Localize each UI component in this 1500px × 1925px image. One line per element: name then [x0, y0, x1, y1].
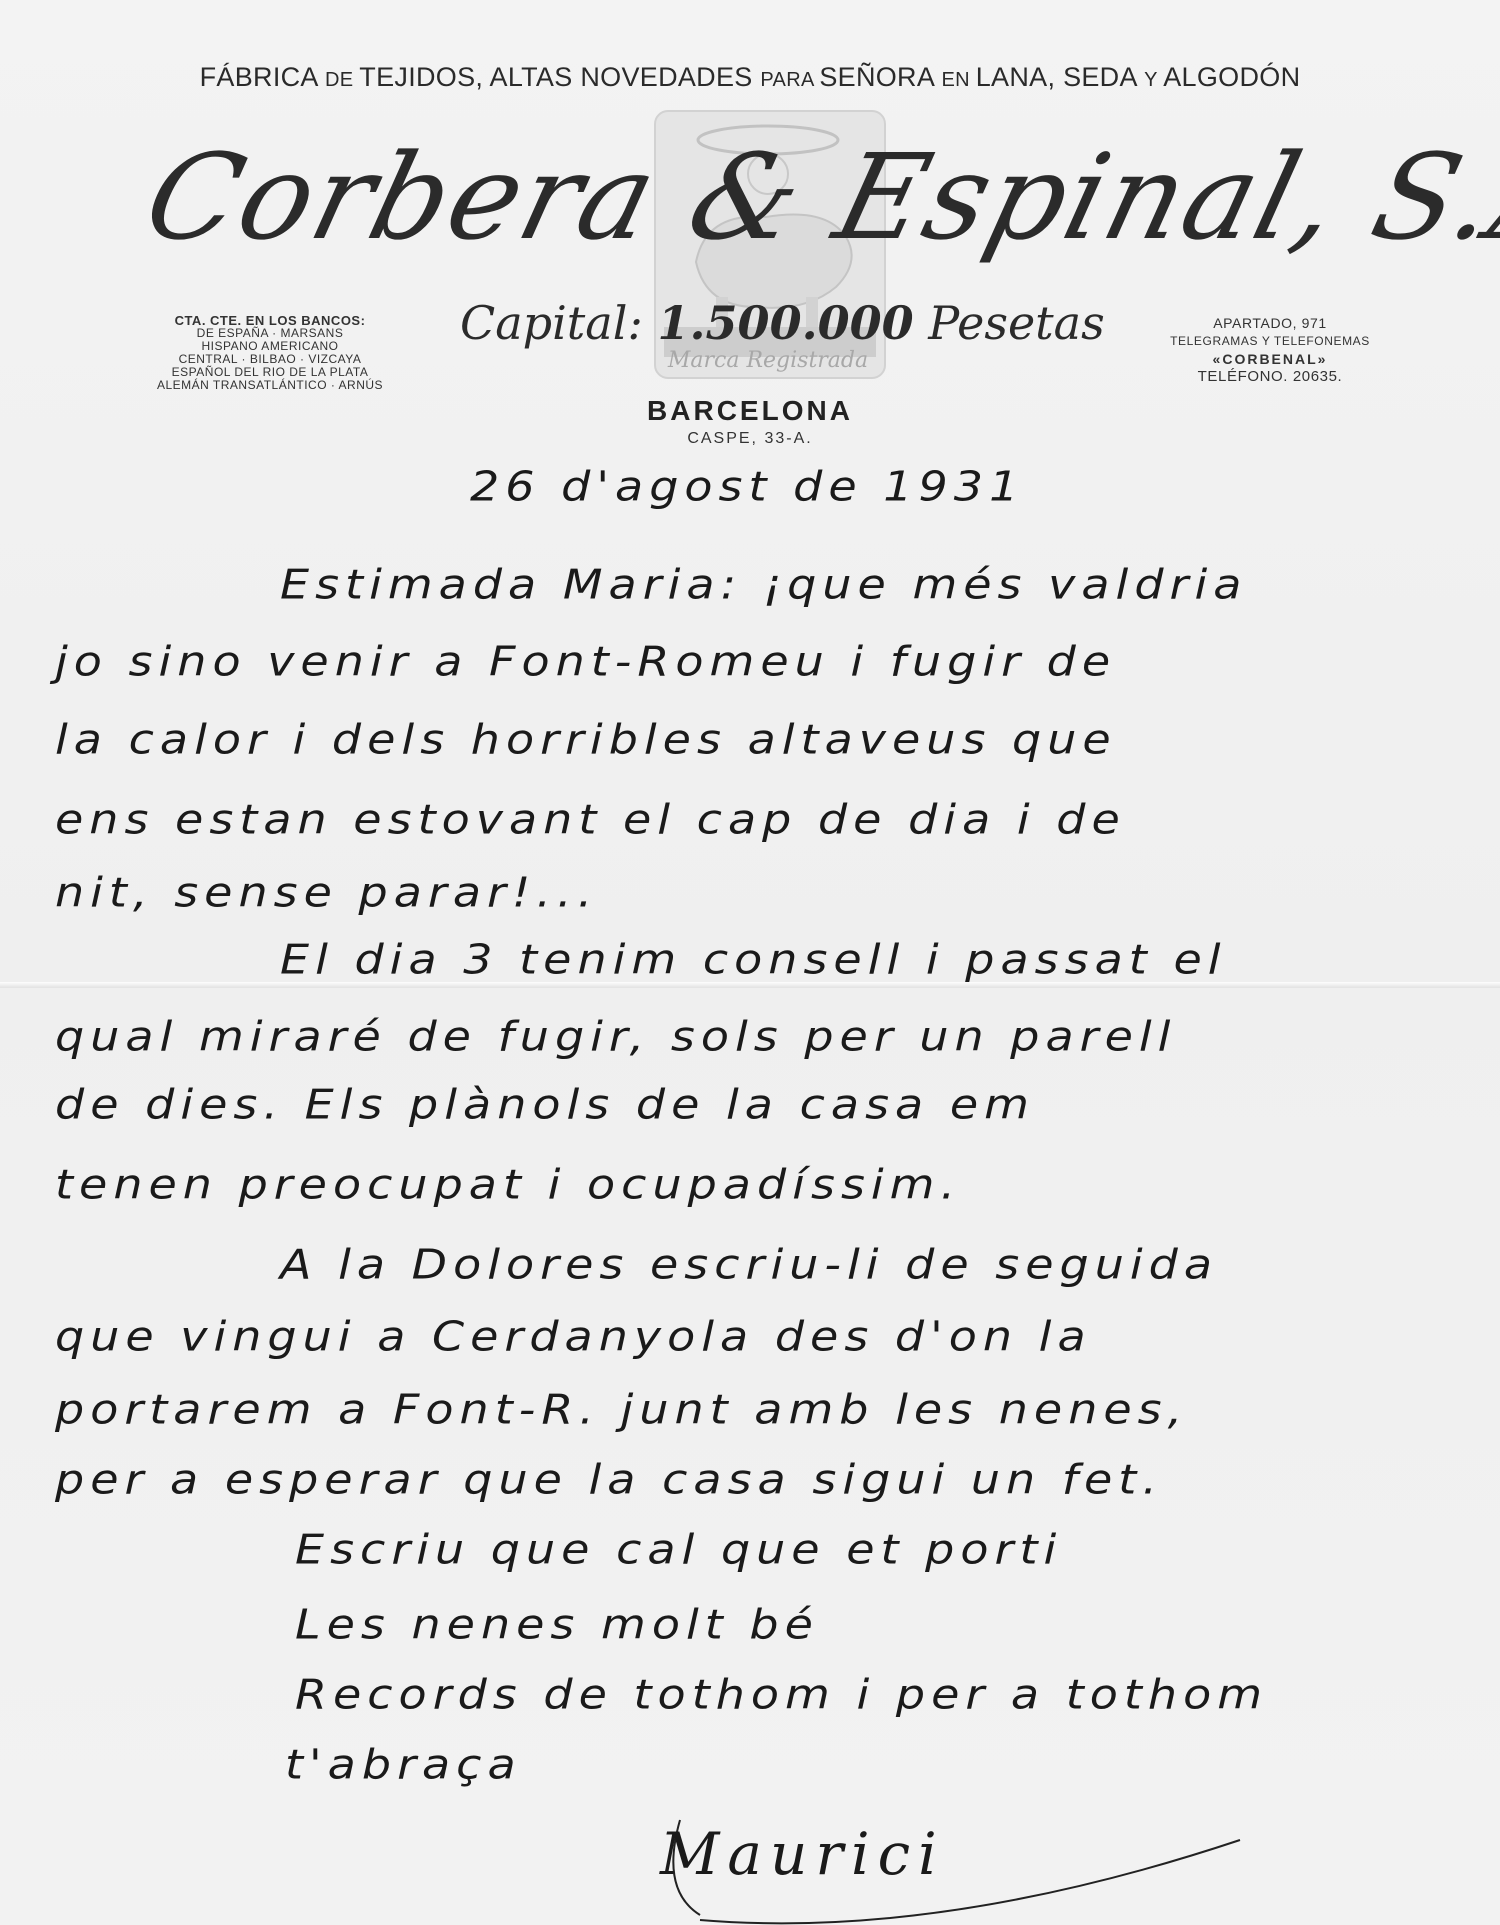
letter-line: jo sino venir a Font-Romeu i fugir de — [55, 637, 1116, 686]
tagline-segment: ALGODÓN — [1163, 62, 1300, 92]
letter-line: El dia 3 tenim consell i passat el — [280, 935, 1227, 984]
letter-line: la calor i dels horribles altaveus que — [55, 715, 1117, 764]
letter-line: Estimada Maria: ¡que més valdria — [280, 560, 1247, 609]
letter-line: nit, sense parar!... — [55, 868, 598, 917]
capital-line: Capital: 1.500.000 Pesetas — [460, 296, 1060, 350]
tagline-segment: DE — [325, 69, 359, 91]
tagline-segment: SEÑORA — [819, 62, 941, 92]
letter-line: tenen preocupat i ocupadíssim. — [55, 1160, 961, 1209]
telegrams-label: TELEGRAMAS Y TELEFONEMAS — [1135, 332, 1405, 350]
letterhead-tagline: FÁBRICA DE TEJIDOS, ALTAS NOVEDADES PARA… — [0, 62, 1500, 93]
letter-line: que vingui a Cerdanyola des d'on la — [55, 1312, 1092, 1361]
tagline-segment: EN — [941, 69, 975, 91]
letter-date: 26 d'agost de 1931 — [470, 462, 1024, 511]
company-name: Corbera & Espinal, S.A. — [133, 128, 1367, 266]
letter-line: per a esperar que la casa sigui un fet. — [55, 1455, 1163, 1504]
capital-label: Capital: — [460, 296, 643, 350]
letter-line: A la Dolores escriu-li de seguida — [280, 1240, 1218, 1289]
letter-line: de dies. Els plànols de la casa em — [55, 1080, 1035, 1129]
phone-number: TELÉFONO. 20635. — [1135, 368, 1405, 386]
tagline-segment: TEJIDOS, ALTAS NOVEDADES — [359, 62, 760, 92]
city: BARCELONA — [0, 395, 1500, 427]
letter-line: t'abraça — [285, 1740, 522, 1789]
letter-line: Les nenes molt bé — [295, 1600, 819, 1649]
tagline-segment: FÁBRICA — [200, 62, 325, 92]
letter-line: Records de tothom i per a tothom — [295, 1670, 1268, 1719]
bank-accounts-block: CTA. CTE. EN LOS BANCOS: DE ESPAÑA · MAR… — [140, 314, 400, 392]
bank-line: ALEMÁN TRANSATLÁNTICO · ARNÚS — [140, 379, 400, 392]
contact-block: APARTADO, 971 TELEGRAMAS Y TELEFONEMAS «… — [1135, 314, 1405, 386]
tagline-segment: PARA — [760, 69, 819, 91]
tagline-segment: LANA, SEDA — [976, 62, 1144, 92]
letter-line: Escriu que cal que et porti — [295, 1525, 1062, 1574]
street-address: CASPE, 33-A. — [0, 430, 1500, 448]
letter-line: ens estan estovant el cap de dia i de — [55, 795, 1126, 844]
trademark-label: Marca Registrada — [660, 348, 876, 373]
po-box: APARTADO, 971 — [1135, 314, 1405, 332]
telegraph-code: «CORBENAL» — [1135, 350, 1405, 368]
capital-amount: 1.500.000 — [658, 296, 914, 350]
tagline-segment: Y — [1144, 69, 1163, 91]
capital-currency: Pesetas — [928, 296, 1104, 350]
signature: Maurici — [660, 1820, 945, 1888]
letter-line: qual miraré de fugir, sols per un parell — [55, 1012, 1176, 1061]
letter-line: portarem a Font-R. junt amb les nenes, — [55, 1385, 1188, 1434]
